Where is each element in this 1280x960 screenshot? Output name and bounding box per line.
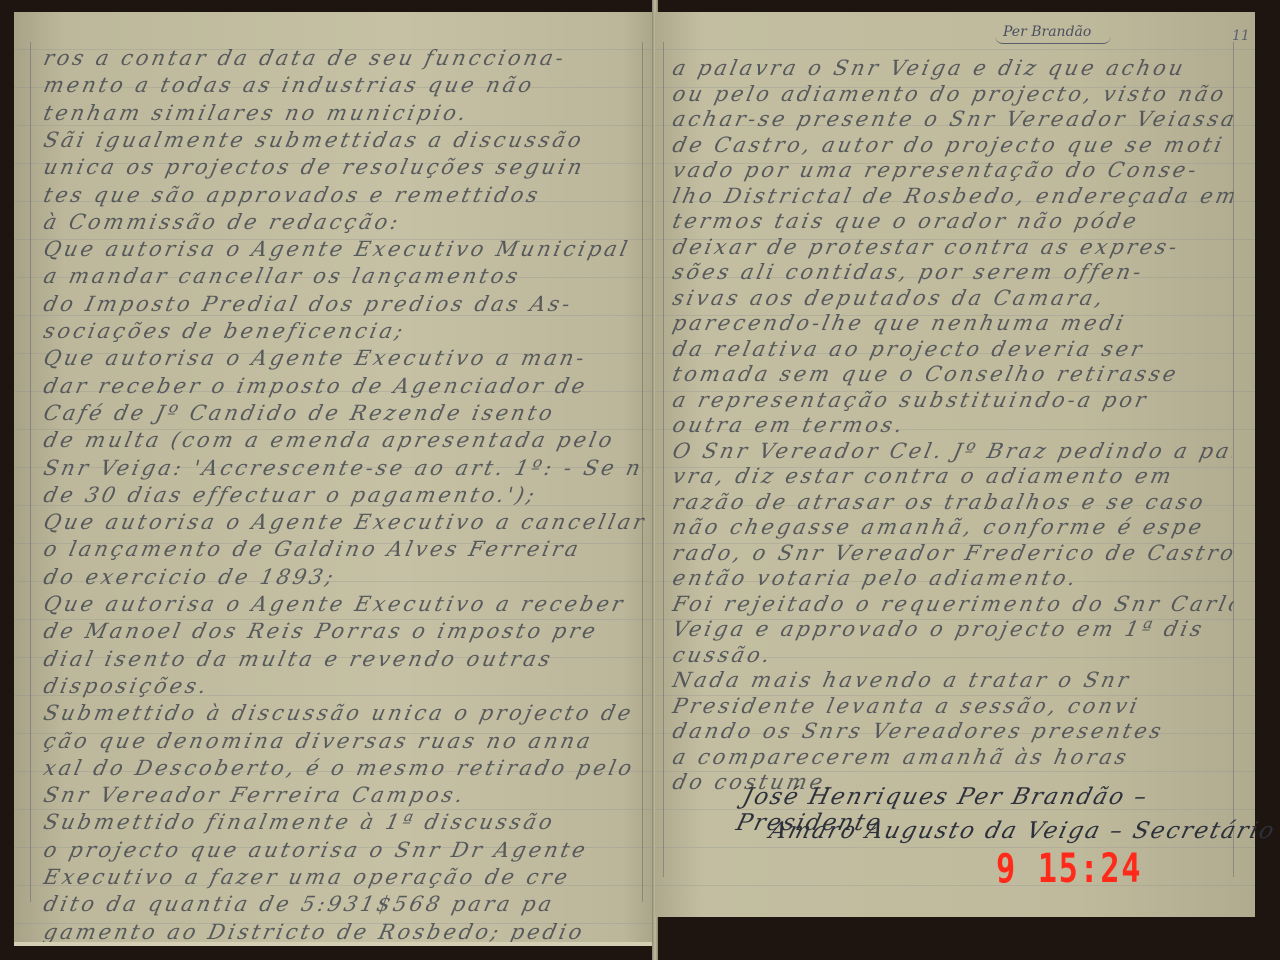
handwritten-line: tomada sem que o Conselho retirasse	[670, 362, 1235, 386]
handwritten-line: cussão.	[670, 643, 1235, 667]
handwritten-line: disposições.	[41, 674, 646, 698]
handwritten-line: o projecto que autorisa o Snr Dr Agente	[41, 838, 646, 862]
handwritten-line: de multa (com a emenda apresentada pelo	[41, 428, 646, 452]
handwritten-line: xal do Descoberto, é o mesmo retirado pe…	[41, 756, 646, 780]
handwritten-line: rado, o Snr Vereador Frederico de Castro…	[670, 541, 1235, 565]
handwritten-line: ção que denomina diversas ruas no anna	[41, 729, 646, 753]
handwritten-line: do Imposto Predial dos predios das As-	[41, 292, 646, 316]
signature-secretary: Amaro Augusto da Veiga – Secretário	[767, 818, 1279, 844]
handwritten-line: dito da quantia de 5:931$568 para pa	[41, 892, 646, 916]
handwritten-line: Veiga e approvado o projecto em 1ª dis	[670, 617, 1235, 641]
handwritten-line: dial isento da multa e revendo outras	[41, 647, 646, 671]
handwritten-line: Foi rejeitado o requerimento do Snr Carl…	[670, 592, 1235, 616]
handwritten-line: vado por uma representação do Conse-	[670, 158, 1235, 182]
handwritten-line: sociações de beneficencia;	[41, 319, 646, 343]
page-header-note: Per Brandão	[995, 24, 1111, 44]
page-number: 11	[1232, 28, 1250, 44]
handwritten-line: sões ali contidas, por serem offen-	[670, 260, 1235, 284]
margin-line	[30, 42, 31, 902]
handwritten-line: Que autorisa o Agente Executivo Municipa…	[41, 237, 646, 261]
handwritten-line: o lançamento de Galdino Alves Ferreira	[41, 537, 646, 561]
handwritten-line: a mandar cancellar os lançamentos	[41, 264, 646, 288]
handwritten-line: unica os projectos de resoluções seguin	[41, 155, 646, 179]
handwritten-line: Que autorisa o Agente Executivo a recebe…	[41, 592, 646, 616]
handwritten-line: Que autorisa o Agente Executivo a cancel…	[41, 510, 646, 534]
handwritten-line: gamento ao Districto de Rosbedo; pedio	[41, 920, 646, 944]
handwritten-line: Submettido finalmente à 1ª discussão	[41, 810, 646, 834]
handwritten-line: de Manoel dos Reis Porras o imposto pre	[41, 619, 646, 643]
handwritten-line: Executivo a fazer uma operação de cre	[41, 865, 646, 889]
handwritten-line: ros a contar da data de seu funcciona-	[41, 46, 646, 70]
handwritten-line: Snr Vereador Ferreira Campos.	[41, 783, 646, 807]
handwritten-line: outra em termos.	[670, 413, 1235, 437]
handwritten-line: da relativa ao projecto deveria ser	[670, 337, 1235, 361]
handwritten-line: então votaria pelo adiamento.	[670, 566, 1235, 590]
handwritten-line: de 30 dias effectuar o pagamento.');	[41, 483, 646, 507]
handwritten-line: achar-se presente o Snr Vereador Veiassa	[670, 107, 1235, 131]
handwritten-line: tenham similares no municipio.	[41, 101, 646, 125]
handwritten-line: dar receber o imposto de Agenciador de	[41, 374, 646, 398]
handwritten-line: parecendo-lhe que nenhuma medi	[670, 311, 1235, 335]
handwritten-line: vra, diz estar contra o adiamento em	[670, 464, 1235, 488]
handwritten-line: O Snr Vereador Cel. Jº Braz pedindo a pa…	[670, 439, 1235, 463]
handwritten-line: a representação substituindo-a por	[670, 388, 1235, 412]
handwritten-line: Snr Veiga: 'Accrescente-se ao art. 1º: -…	[41, 456, 646, 480]
margin-line	[663, 42, 664, 877]
handwritten-line: termos tais que o orador não póde	[670, 209, 1235, 233]
handwritten-line: Sãi igualmente submettidas a discussão	[41, 128, 646, 152]
left-page: ros a contar da data de seu funcciona-me…	[14, 12, 654, 946]
handwritten-line: a palavra o Snr Veiga e diz que achou	[670, 56, 1235, 80]
right-page: a palavra o Snr Veiga e diz que achouou …	[655, 12, 1255, 917]
handwritten-line: tes que são approvados e remettidos	[41, 183, 646, 207]
ledger-photo: ros a contar da data de seu funcciona-me…	[0, 0, 1280, 960]
handwritten-line: deixar de protestar contra as expres-	[670, 235, 1235, 259]
handwritten-line: a comparecerem amanhã às horas	[670, 745, 1235, 769]
handwritten-line: de Castro, autor do projecto que se moti	[670, 133, 1235, 157]
handwritten-line: razão de atrasar os trabalhos e se caso	[670, 490, 1235, 514]
handwritten-line: Nada mais havendo a tratar o Snr	[670, 668, 1235, 692]
handwritten-line: Café de Jº Candido de Rezende isento	[41, 401, 646, 425]
handwritten-line: dando os Snrs Vereadores presentes	[670, 719, 1235, 743]
handwritten-line: do exercicio de 1893;	[41, 565, 646, 589]
handwritten-line: mento a todas as industrias que não	[41, 73, 646, 97]
handwritten-line: Que autorisa o Agente Executivo a man-	[41, 346, 646, 370]
handwritten-line: sivas aos deputados da Camara,	[670, 286, 1235, 310]
handwritten-line: lho Districtal de Rosbedo, endereçada em	[670, 184, 1235, 208]
handwritten-line: Submettido à discussão unica o projecto …	[41, 701, 646, 725]
handwritten-line: Presidente levanta a sessão, convi	[670, 694, 1235, 718]
handwritten-line: à Commissão de redacção:	[41, 210, 646, 234]
camera-timestamp: 9 15:24	[996, 846, 1142, 892]
handwritten-line: ou pelo adiamento do projecto, visto não	[670, 82, 1235, 106]
handwritten-line: não chegasse amanhã, conforme é espe	[670, 515, 1235, 539]
